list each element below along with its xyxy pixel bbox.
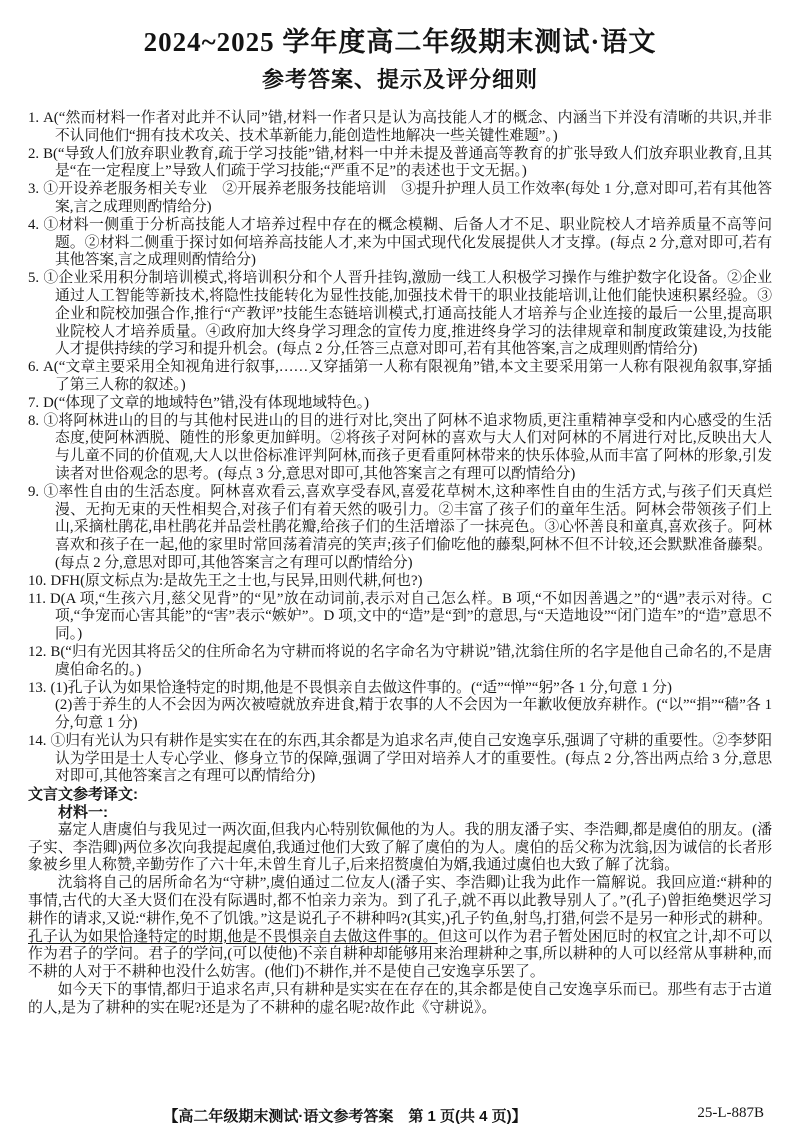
answer-item-10: 10.DFH(原文标点为:是故先王之士也,与民异,田则代耕,何也?) [28, 573, 772, 591]
item-number: 13. [28, 680, 51, 696]
item-text: (1)孔子认为如果恰逢特定的时期,他是不畏惧亲自去做这件事的。(“适”“惮”“躬… [51, 680, 776, 732]
item-number: 12. [28, 644, 51, 660]
item-text: A(“然而材料一作者对此并不认同”错,材料一作者只是认为高技能人才的概念、内涵当… [43, 110, 772, 144]
item-text: A(“文章主要采用全知视角进行叙事,……又穿插第一人称有限视角”错,本文主要采用… [43, 359, 772, 393]
document-page: 2024~2025 学年度高二年级期末测试·语文 参考答案、提示及评分细则 1.… [0, 0, 800, 1018]
paragraph-text: 沈翁将自己的居所命名为“守耕”,虞伯通过二位友人(潘子实、李浩卿)让我为此作一篇… [28, 875, 772, 927]
material-one-label: 材料一: [28, 804, 772, 822]
answer-list: 1.A(“然而材料一作者对此并不认同”错,材料一作者只是认为高技能人才的概念、内… [28, 110, 772, 786]
page-subtitle: 参考答案、提示及评分细则 [28, 63, 772, 94]
item-text: ①企业采用积分制培训模式,将培训积分和个人晋升挂钩,激励一线工人积极学习操作与维… [43, 270, 772, 357]
answer-item-1: 1.A(“然而材料一作者对此并不认同”错,材料一作者只是认为高技能人才的概念、内… [28, 110, 772, 146]
answer-item-11: 11.D(A 项,“生孩六月,慈父见背”的“见”放在动词前,表示对自己怎么样。B… [28, 591, 772, 644]
item-text: D(“体现了文章的地域特色”错,没有体现地域特色。) [43, 395, 369, 411]
answer-item-5: 5.①企业采用积分制培训模式,将培训积分和个人晋升挂钩,激励一线工人积极学习操作… [28, 270, 772, 359]
translation-heading: 文言文参考译文: [28, 786, 772, 804]
item-number: 10. [28, 573, 51, 589]
item-text: ①归有光认为只有耕作是实实在在的东西,其余都是为追求名声,使自己安逸享乐,强调了… [51, 733, 773, 785]
item-number: 4. [28, 217, 43, 233]
item-text: ①材料一侧重于分析高技能人才培养过程中存在的概念模糊、后备人才不足、职业院校人才… [43, 217, 772, 269]
answer-item-9: 9.①率性自由的生活态度。阿林喜欢看云,喜欢享受春风,喜爱花草树木,这种率性自由… [28, 484, 772, 573]
item-text: B(“归有光因其将岳父的住所命名为守耕而将说的名字命名为守耕说”错,沈翁住所的名… [51, 644, 773, 678]
item-text: DFH(原文标点为:是故先王之士也,与民异,田则代耕,何也?) [51, 573, 423, 589]
item-text: B(“导致人们放弃职业教育,疏于学习技能”错,材料一中并未提及普通高等教育的扩张… [43, 146, 772, 180]
page-footer: 【高二年级期末测试·语文参考答案 第 1 页(共 4 页)】 25-L-887B [0, 1105, 800, 1125]
item-number: 3. [28, 181, 43, 197]
answer-item-8: 8.①将阿林进山的目的与其他村民进山的目的进行对比,突出了阿林不追求物质,更注重… [28, 413, 772, 484]
answer-item-13: 13.(1)孔子认为如果恰逢特定的时期,他是不畏惧亲自去做这件事的。(“适”“惮… [28, 680, 772, 733]
translation-paragraph-3: 如今天下的事情,都归于追求名声,只有耕种是实实在在存在的,其余都是使自己安逸享乐… [28, 982, 772, 1018]
item-number: 2. [28, 146, 43, 162]
page-title: 2024~2025 学年度高二年级期末测试·语文 [28, 20, 772, 59]
item-text: ①将阿林进山的目的与其他村民进山的目的进行对比,突出了阿林不追求物质,更注重精神… [43, 413, 772, 482]
underlined-sentence: 孔子认为如果恰逢特定的时期,他是不畏惧亲自去做这件事的。 [28, 929, 438, 945]
translation-paragraph-1: 嘉定人唐虞伯与我见过一两次面,但我内心特别钦佩他的为人。我的朋友潘子实、李浩卿,… [28, 822, 772, 875]
item-number: 1. [28, 110, 43, 126]
footer-code: 25-L-887B [697, 1105, 764, 1122]
item-text: ①率性自由的生活态度。阿林喜欢看云,喜欢享受春风,喜爱花草树木,这种率性自由的生… [43, 484, 772, 571]
item-number: 14. [28, 733, 51, 749]
answer-item-6: 6.A(“文章主要采用全知视角进行叙事,……又穿插第一人称有限视角”错,本文主要… [28, 359, 772, 395]
footer-title: 【高二年级期末测试·语文参考答案 第 1 页(共 4 页)】 [0, 1105, 690, 1126]
answer-item-14: 14.①归有光认为只有耕作是实实在在的东西,其余都是为追求名声,使自己安逸享乐,… [28, 733, 772, 786]
item-number: 7. [28, 395, 43, 411]
answer-item-4: 4.①材料一侧重于分析高技能人才培养过程中存在的概念模糊、后备人才不足、职业院校… [28, 217, 772, 270]
item-number: 8. [28, 413, 43, 429]
answer-item-12: 12.B(“归有光因其将岳父的住所命名为守耕而将说的名字命名为守耕说”错,沈翁住… [28, 644, 772, 680]
translation-section: 文言文参考译文: 材料一: 嘉定人唐虞伯与我见过一两次面,但我内心特别钦佩他的为… [28, 786, 772, 1017]
answer-item-3: 3.①开设养老服务相关专业 ②开展养老服务技能培训 ③提升护理人员工作效率(每处… [28, 181, 772, 217]
item-number: 11. [28, 591, 50, 607]
answer-item-7: 7.D(“体现了文章的地域特色”错,没有体现地域特色。) [28, 395, 772, 413]
item-number: 5. [28, 270, 43, 286]
translation-paragraph-2: 沈翁将自己的居所命名为“守耕”,虞伯通过二位友人(潘子实、李浩卿)让我为此作一篇… [28, 875, 772, 982]
answer-item-2: 2.B(“导致人们放弃职业教育,疏于学习技能”错,材料一中并未提及普通高等教育的… [28, 146, 772, 182]
item-text: ①开设养老服务相关专业 ②开展养老服务技能培训 ③提升护理人员工作效率(每处 1… [43, 181, 772, 215]
item-number: 9. [28, 484, 43, 500]
item-number: 6. [28, 359, 43, 375]
item-text: D(A 项,“生孩六月,慈父见背”的“见”放在动词前,表示对自己怎么样。B 项,… [50, 591, 776, 643]
